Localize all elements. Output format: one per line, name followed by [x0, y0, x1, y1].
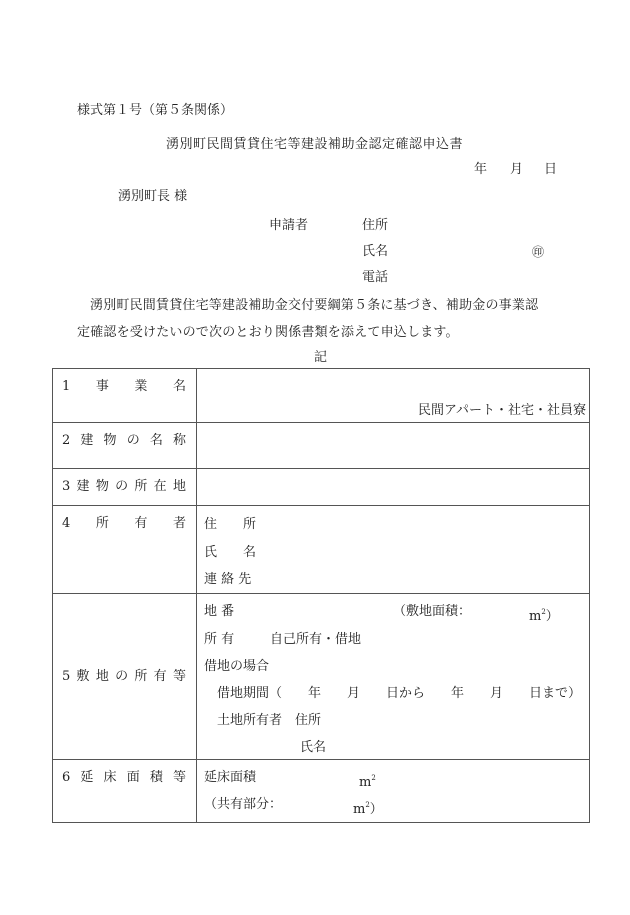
date-day-label: 日	[544, 162, 557, 178]
row-label-business-name: 1 事 業 名	[53, 369, 197, 423]
applicant-address-label: 住所	[362, 218, 388, 234]
date-month-label: 月	[510, 162, 544, 178]
applicant-phone-label: 電話	[362, 270, 388, 286]
table-row: 5 敷 地 の 所 有 等 地 番 （敷地面積： m2） 所 有 自己所有・借地…	[53, 594, 590, 760]
business-type-options: 民間アパート・社宅・社員寮	[418, 403, 586, 419]
lease-period-label: 借地期間（ 年 月 日から 年 月 日まで）	[217, 686, 581, 702]
landowner-address-label: 土地所有者 住所	[217, 713, 321, 729]
row-label-floor-area: 6 延 床 面 積 等	[53, 760, 197, 823]
body-text-line-2: 定確認を受けたいので次のとおり関係書類を添えて申込します。	[77, 325, 459, 341]
form-number: 様式第１号（第５条関係）	[77, 103, 233, 119]
table-row: 1 事 業 名 民間アパート・社宅・社員寮	[53, 369, 590, 423]
row-label-owner: 4 所 有 者	[53, 506, 197, 594]
ownership-options: 自己所有・借地	[270, 632, 361, 648]
row-label-site-ownership: 5 敷 地 の 所 有 等	[53, 594, 197, 760]
applicant-name-label: 氏名	[362, 244, 388, 260]
business-name-field[interactable]: 民間アパート・社宅・社員寮	[197, 369, 590, 423]
site-area-unit: m2）	[529, 604, 559, 625]
table-row: 6 延 床 面 積 等 延床面積 m2 （共有部分： m2）	[53, 760, 590, 823]
building-location-field[interactable]	[197, 469, 590, 506]
lease-case-label: 借地の場合	[204, 659, 269, 675]
seal-icon: ㊞	[532, 244, 544, 260]
building-name-field[interactable]	[197, 423, 590, 469]
owner-address-label: 住 所	[204, 517, 256, 533]
shared-area-unit: m2）	[353, 797, 383, 818]
applicant-label: 申請者	[269, 218, 308, 234]
table-row: 2 建 物 の 名 称	[53, 423, 590, 469]
site-area-label: （敷地面積：	[393, 604, 471, 620]
owner-name-label: 氏 名	[204, 545, 256, 561]
owner-field[interactable]: 住 所 氏 名 連 絡 先	[197, 506, 590, 594]
row-label-building-name: 2 建 物 の 名 称	[53, 423, 197, 469]
application-table: 1 事 業 名 民間アパート・社宅・社員寮 2 建 物 の 名 称 3	[52, 368, 590, 823]
ownership-label: 所 有	[204, 632, 234, 648]
ki-heading: 記	[314, 350, 327, 366]
site-ownership-field[interactable]: 地 番 （敷地面積： m2） 所 有 自己所有・借地 借地の場合 借地期間（ 年…	[197, 594, 590, 760]
table-row: 4 所 有 者 住 所 氏 名 連 絡 先	[53, 506, 590, 594]
shared-area-label: （共有部分：	[204, 797, 282, 813]
floor-area-unit: m2	[359, 770, 376, 791]
document-title: 湧別町民間賃貸住宅等建設補助金認定確認申込書	[166, 137, 463, 153]
landowner-name-label: 氏名	[300, 740, 326, 756]
floor-area-field[interactable]: 延床面積 m2 （共有部分： m2）	[197, 760, 590, 823]
date-year-label: 年	[474, 162, 510, 178]
body-text-line-1: 湧別町民間賃貸住宅等建設補助金交付要綱第５条に基づき、補助金の事業認	[90, 298, 538, 314]
table-row: 3 建 物 の 所 在 地	[53, 469, 590, 506]
row-label-building-location: 3 建 物 の 所 在 地	[53, 469, 197, 506]
lot-number-label: 地 番	[204, 604, 234, 620]
floor-area-label: 延床面積	[204, 770, 256, 786]
addressee: 湧別町長 様	[118, 189, 187, 205]
date-line: 年月日	[474, 162, 557, 178]
owner-contact-label: 連 絡 先	[204, 572, 251, 588]
